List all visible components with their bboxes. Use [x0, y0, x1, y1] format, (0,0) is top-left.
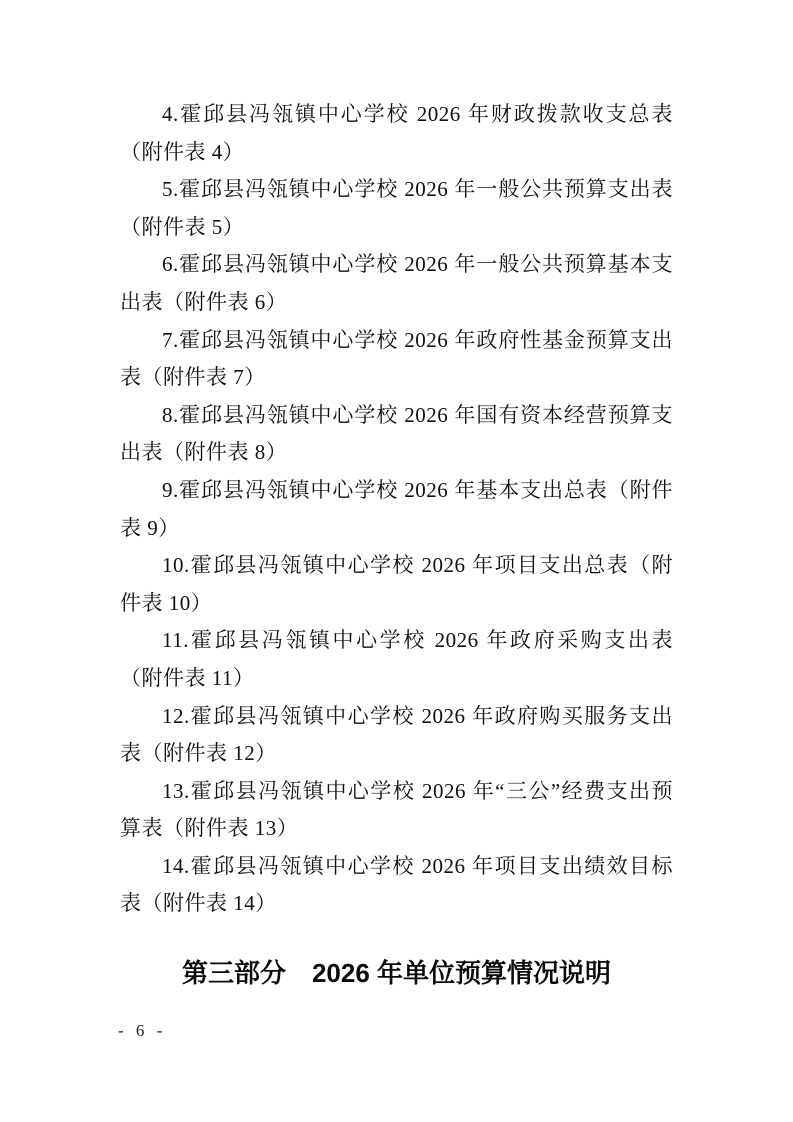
- attachment-table-list: 4.霍邱县冯瓴镇中心学校 2026 年财政拨款收支总表（附件表 4） 5.霍邱县…: [120, 96, 673, 926]
- attachment-list-item: 5.霍邱县冯瓴镇中心学校 2026 年一般公共预算支出表（附件表 5）: [120, 171, 673, 246]
- attachment-list-item: 10.霍邱县冯瓴镇中心学校 2026 年项目支出总表（附件表 10）: [120, 547, 673, 622]
- attachment-list-item: 8.霍邱县冯瓴镇中心学校 2026 年国有资本经营预算支出表（附件表 8）: [120, 397, 673, 472]
- attachment-list-item: 7.霍邱县冯瓴镇中心学校 2026 年政府性基金预算支出表（附件表 7）: [120, 322, 673, 397]
- attachment-list-item: 6.霍邱县冯瓴镇中心学校 2026 年一般公共预算基本支出表（附件表 6）: [120, 246, 673, 321]
- section-heading: 第三部分 2026 年单位预算情况说明: [0, 953, 793, 993]
- attachment-list-item: 14.霍邱县冯瓴镇中心学校 2026 年项目支出绩效目标表（附件表 14）: [120, 848, 673, 923]
- attachment-list-item: 11.霍邱县冯瓴镇中心学校 2026 年政府采购支出表（附件表 11）: [120, 622, 673, 697]
- attachment-list-item: 12.霍邱县冯瓴镇中心学校 2026 年政府购买服务支出表（附件表 12）: [120, 698, 673, 773]
- attachment-list-item: 4.霍邱县冯瓴镇中心学校 2026 年财政拨款收支总表（附件表 4）: [120, 96, 673, 171]
- document-page: 4.霍邱县冯瓴镇中心学校 2026 年财政拨款收支总表（附件表 4） 5.霍邱县…: [0, 0, 793, 1122]
- attachment-list-item: 9.霍邱县冯瓴镇中心学校 2026 年基本支出总表（附件表 9）: [120, 472, 673, 547]
- attachment-list-item: 13.霍邱县冯瓴镇中心学校 2026 年“三公”经费支出预算表（附件表 13）: [120, 773, 673, 848]
- page-number: - 6 -: [118, 1019, 166, 1043]
